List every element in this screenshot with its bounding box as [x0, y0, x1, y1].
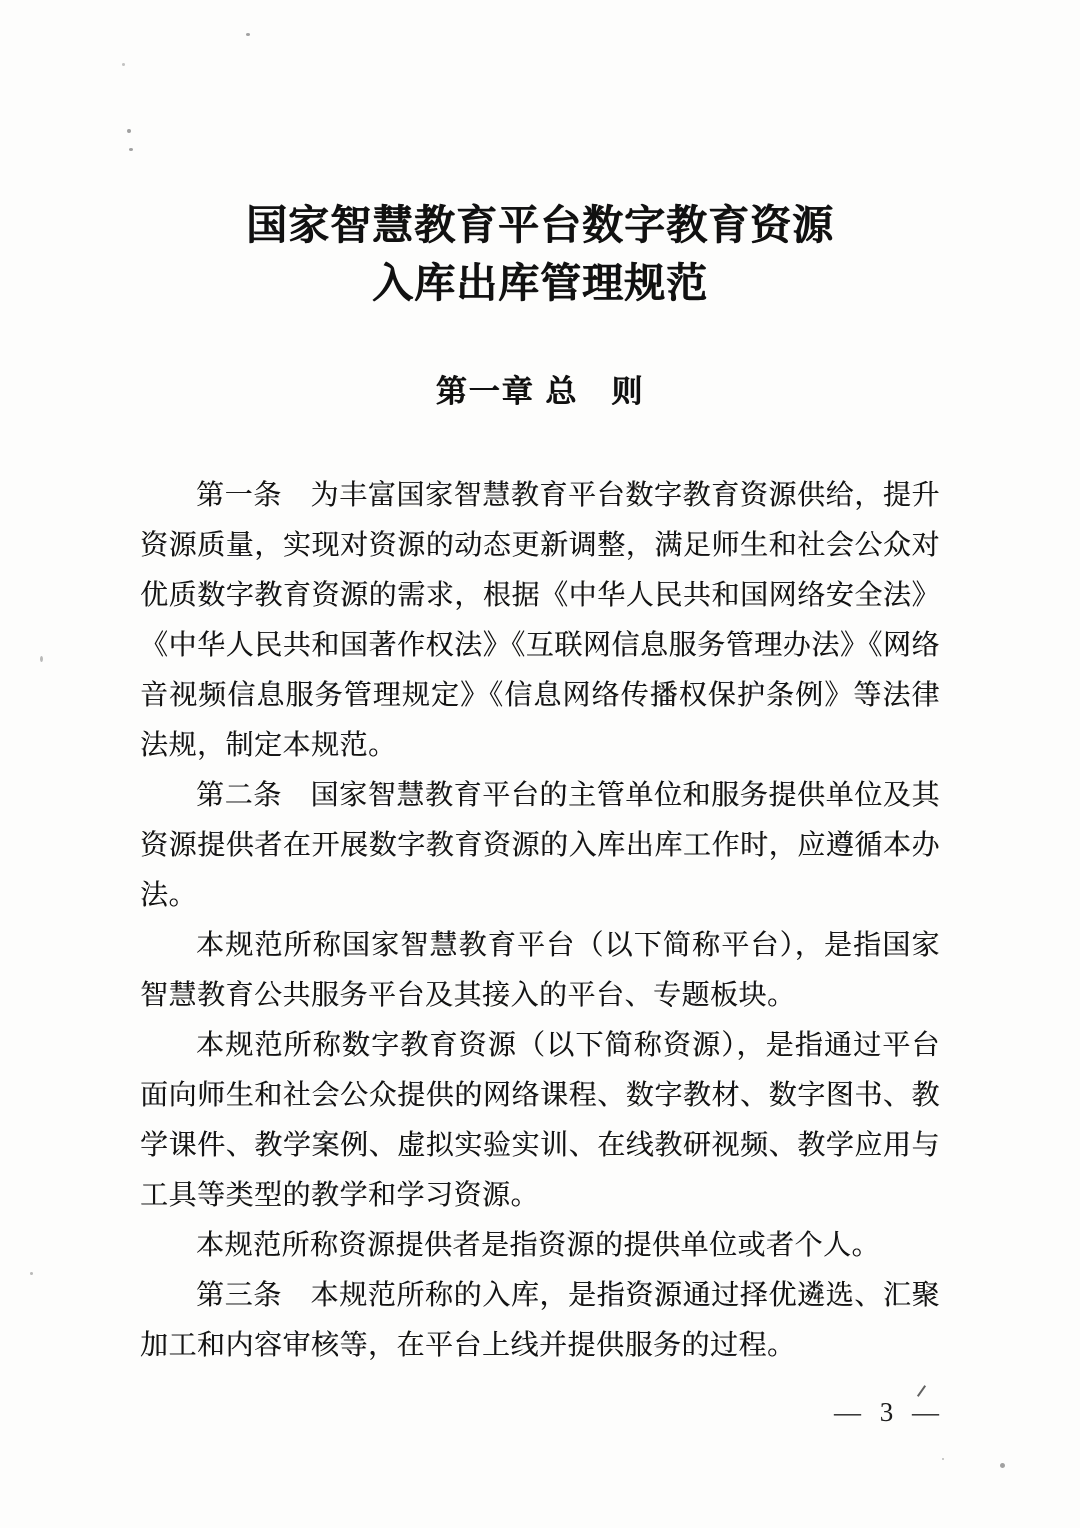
scan-artifact: [40, 656, 43, 662]
scan-artifact: [127, 129, 131, 133]
paragraph-resource-definition: 本规范所称数字教育资源（以下简称资源），是指通过平台面向师生和社会公众提供的网络…: [140, 1021, 940, 1221]
pen-mark-artifact: [917, 1385, 926, 1397]
scan-artifact: [30, 1272, 33, 1275]
paragraph-article-1: 第一条 为丰富国家智慧教育平台数字教育资源供给，提升资源质量，实现对资源的动态更…: [140, 471, 940, 771]
scan-artifact: [246, 33, 250, 36]
paragraph-article-3: 第三条 本规范所称的入库，是指资源通过择优遴选、汇聚加工和内容审核等，在平台上线…: [140, 1271, 940, 1371]
paragraph-provider-definition: 本规范所称资源提供者是指资源的提供单位或者个人。: [140, 1221, 940, 1271]
page-number: — 3 —: [834, 1397, 945, 1428]
paragraph-platform-definition: 本规范所称国家智慧教育平台（以下简称平台），是指国家智慧教育公共服务平台及其接入…: [140, 921, 940, 1021]
document-body: 第一条 为丰富国家智慧教育平台数字教育资源供给，提升资源质量，实现对资源的动态更…: [140, 471, 940, 1371]
chapter-heading: 第一章 总 则: [0, 366, 1080, 411]
scan-artifact: [122, 63, 125, 66]
title-line-1: 国家智慧教育平台数字教育资源: [0, 196, 1080, 254]
scan-artifact: [942, 1458, 944, 1460]
scan-artifact: [1000, 1463, 1005, 1468]
scanned-document-page: 国家智慧教育平台数字教育资源 入库出库管理规范 第一章 总 则 第一条 为丰富国…: [0, 0, 1080, 1528]
paragraph-article-2: 第二条 国家智慧教育平台的主管单位和服务提供单位及其资源提供者在开展数字教育资源…: [140, 771, 940, 921]
title-line-2: 入库出库管理规范: [0, 254, 1080, 312]
document-title: 国家智慧教育平台数字教育资源 入库出库管理规范: [0, 0, 1080, 312]
scan-artifact: [129, 148, 133, 151]
